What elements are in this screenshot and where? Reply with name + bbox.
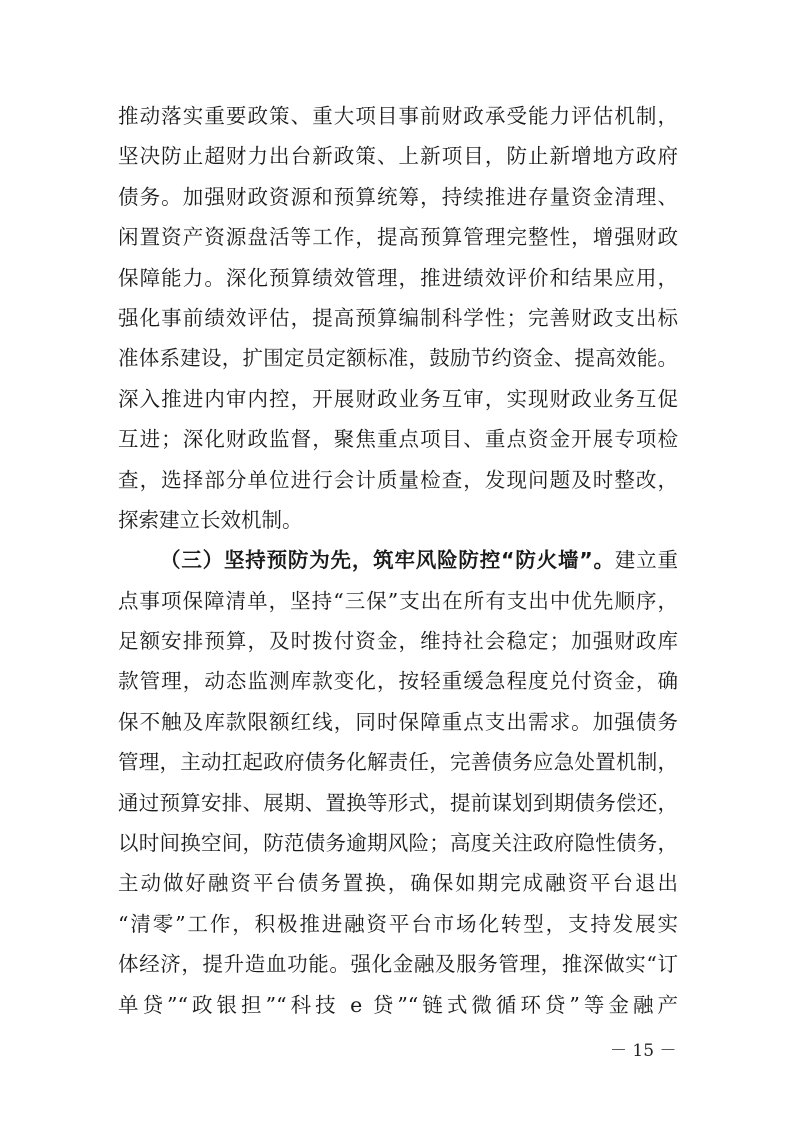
text-line: 保障能力。深化预算绩效管理，推进绩效评价和结果应用， (118, 258, 678, 298)
text-line: 点事项保障清单，坚持“三保”支出在所有支出中优先顺序， (118, 581, 678, 621)
text-line: 强化事前绩效评估，提高预算编制科学性；完善财政支出标 (118, 298, 678, 338)
text-line: 查，选择部分单位进行会计质量检查，发现问题及时整改， (118, 460, 678, 500)
text-line: 体经济，提升造血功能。强化金融及服务管理，推深做实“订 (118, 944, 678, 984)
text-line: 主动做好融资平台债务置换，确保如期完成融资平台退出 (118, 863, 678, 903)
paragraph-budget-management: 推动落实重要政策、重大项目事前财政承受能力评估机制， 坚决防止超财力出台新政策、… (118, 96, 678, 540)
heading-line-text: 建立重 (615, 548, 678, 572)
page-number: － 15 － (610, 1040, 690, 1062)
text-line: 推动落实重要政策、重大项目事前财政承受能力评估机制， (118, 96, 678, 136)
text-line: 准体系建设，扩围定员定额标准，鼓励节约资金、提高效能。 (118, 338, 678, 378)
paragraph-risk-prevention: （三）坚持预防为先，筑牢风险防控“防火墙”。建立重 点事项保障清单，坚持“三保”… (118, 540, 678, 1025)
section-heading: （三）坚持预防为先，筑牢风险防控“防火墙”。 (160, 548, 615, 572)
text-line: 坚决防止超财力出台新政策、上新项目，防止新增地方政府 (118, 136, 678, 176)
text-line: 以时间换空间，防范债务逾期风险；高度关注政府隐性债务， (118, 823, 678, 863)
text-line: 闲置资产资源盘活等工作，提高预算管理完整性，增强财政 (118, 217, 678, 257)
text-line: 管理，主动扛起政府债务化解责任，完善债务应急处置机制， (118, 742, 678, 782)
body-text: 推动落实重要政策、重大项目事前财政承受能力评估机制， 坚决防止超财力出台新政策、… (118, 96, 678, 1025)
text-line: 单贷”“政银担”“科技 e 贷”“链式微循环贷”等金融产 (118, 985, 678, 1025)
text-line: 款管理，动态监测库款变化，按轻重缓急程度兑付资金，确 (118, 661, 678, 701)
text-line: 互进；深化财政监督，聚焦重点项目、重点资金开展专项检 (118, 419, 678, 459)
document-page: 推动落实重要政策、重大项目事前财政承受能力评估机制， 坚决防止超财力出台新政策、… (0, 0, 793, 1122)
text-line: “清零”工作，积极推进融资平台市场化转型，支持发展实 (118, 904, 678, 944)
text-line: 探索建立长效机制。 (118, 500, 678, 540)
text-line: 债务。加强财政资源和预算统筹，持续推进存量资金清理、 (118, 177, 678, 217)
text-line: 深入推进内审内控，开展财政业务互审，实现财政业务互促 (118, 379, 678, 419)
section-heading-line: （三）坚持预防为先，筑牢风险防控“防火墙”。建立重 (118, 540, 678, 580)
text-line: 足额安排预算，及时拨付资金，维持社会稳定；加强财政库 (118, 621, 678, 661)
text-line: 通过预算安排、展期、置换等形式，提前谋划到期债务偿还， (118, 783, 678, 823)
text-line: 保不触及库款限额红线，同时保障重点支出需求。加强债务 (118, 702, 678, 742)
